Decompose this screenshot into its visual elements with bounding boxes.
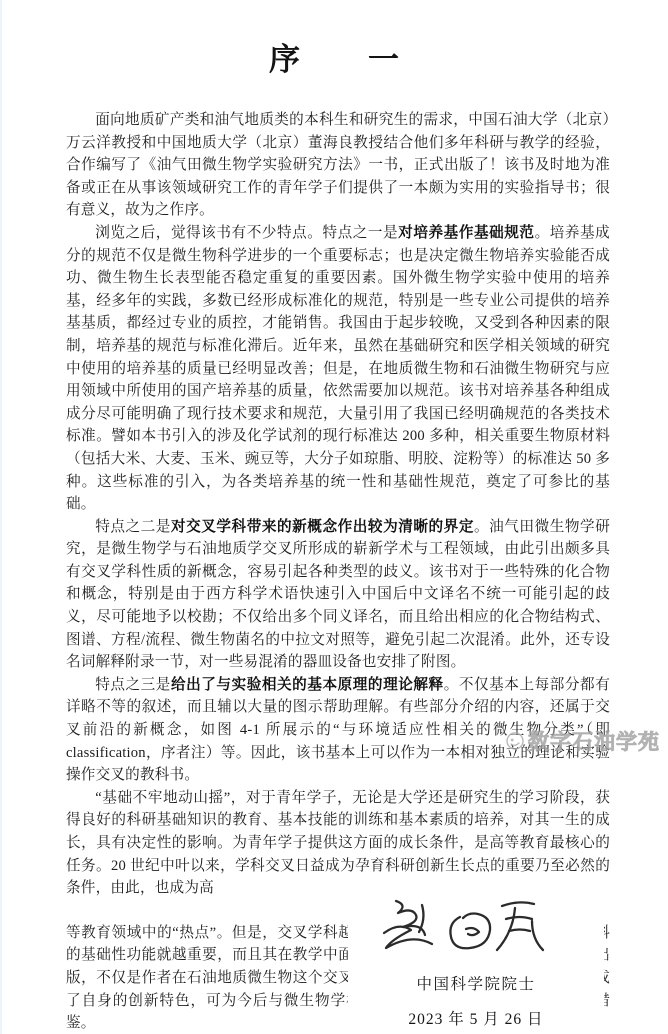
document-page: 序 一 面向地质矿产类和油气地质类的本科生和研究生的需求，中国石油大学（北京）万…: [0, 0, 668, 1034]
feature-1-heading: 对培养基作基础规范: [398, 225, 534, 241]
paragraph-1: 面向地质矿产类和油气地质类的本科生和研究生的需求，中国石油大学（北京）万云洋教授…: [66, 109, 610, 222]
paragraph-2: 浏览之后，觉得该书有不少特点。特点之一是对培养基作基础规范。培养基成分的规范不仅…: [66, 222, 610, 516]
paragraph-3-pre: 特点之二是: [95, 519, 171, 535]
paragraph-3-post: 。油气田微生物学研究，是微生物学与石油地质学交叉所形成的崭新学术与工程领域，由此…: [66, 519, 610, 671]
paragraph-5-text: “基础不牢地动山摇”，对于青年学子，无论是大学还是研究生的学习阶段，获得良好的科…: [66, 790, 610, 896]
feature-3-heading: 给出了与实验相关的基本原理的理论解释: [171, 677, 444, 693]
paragraph-2-pre: 浏览之后，觉得该书有不少特点。特点之一是: [95, 225, 398, 241]
paragraph-4: 特点之三是给出了与实验相关的基本原理的理论解释。不仅基本上每部分都有详略不等的叙…: [66, 674, 610, 787]
feature-2-heading: 对交叉学科带来的新概念作出较为清晰的界定: [171, 519, 474, 535]
signature-handwriting: [372, 893, 580, 960]
paragraph-5: “基础不牢地动山摇”，对于青年学子，无论是大学还是研究生的学习阶段，获得良好的科…: [66, 787, 610, 900]
signature-affiliation: 中国科学院院士: [348, 972, 604, 994]
signature-block: 中国科学院院士 2023 年 5 月 26 日: [348, 889, 604, 1029]
paragraph-3: 特点之二是对交叉学科带来的新概念作出较为清晰的界定。油气田微生物学研究，是微生物…: [66, 516, 610, 674]
paragraph-1-text: 面向地质矿产类和油气地质类的本科生和研究生的需求，中国石油大学（北京）万云洋教授…: [66, 112, 610, 218]
paragraph-4-pre: 特点之三是: [95, 677, 171, 693]
page-title: 序 一: [2, 0, 668, 79]
signature-date: 2023 年 5 月 26 日: [348, 1007, 604, 1029]
paragraph-2-post: 。培养基成分的规范不仅是微生物科学进步的一个重要标志；也是决定微生物培养实验能否…: [66, 225, 610, 512]
